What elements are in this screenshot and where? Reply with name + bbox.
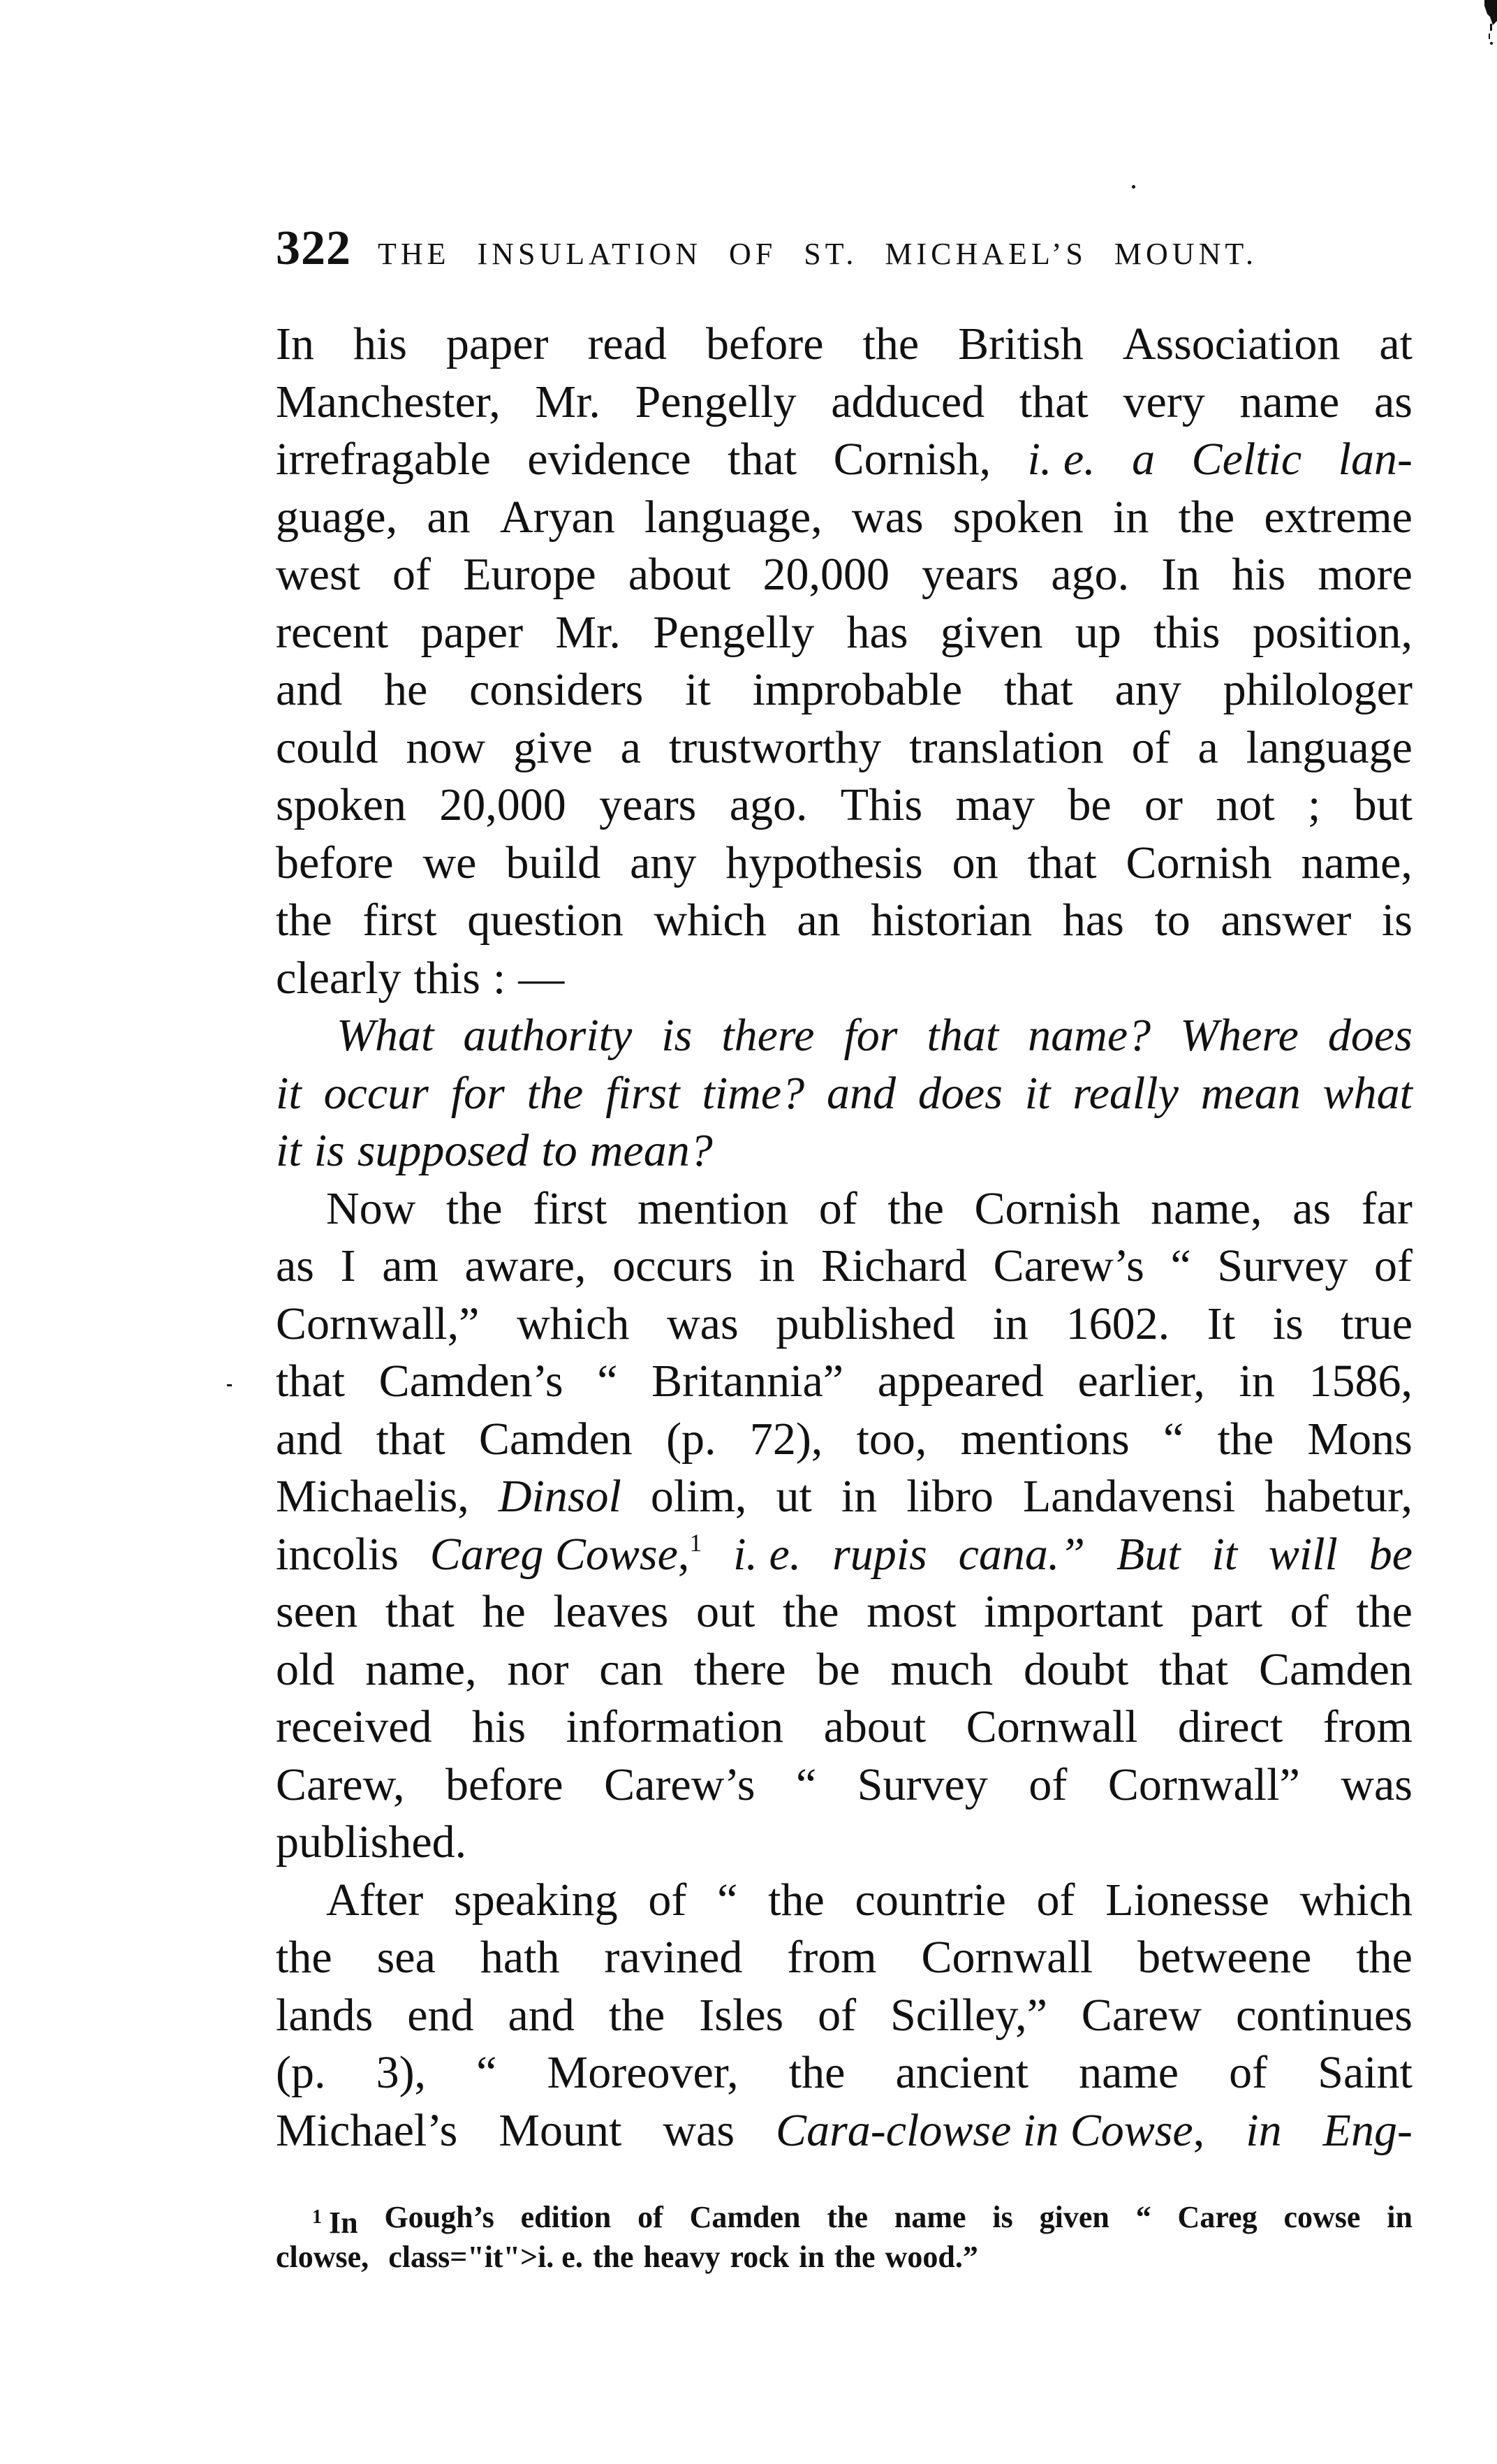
word: Cornwall — [922, 1929, 1093, 1987]
word: part — [1190, 1583, 1262, 1641]
word: Mount — [499, 2102, 621, 2160]
word: Cornish — [1126, 835, 1271, 893]
word: what — [1323, 1065, 1413, 1123]
word: 20,000 — [439, 777, 566, 835]
word: really — [1072, 1065, 1179, 1123]
word: was — [852, 489, 924, 547]
word: “ — [1136, 2197, 1151, 2237]
word: Cornish, — [834, 431, 991, 489]
text-line: NowthefirstmentionoftheCornishname,asfar — [276, 1180, 1413, 1238]
word: more — [1318, 546, 1413, 604]
text-line: clearlythis:— — [276, 950, 1413, 1008]
text-line: westofEuropeabout20,000yearsago.Inhismor… — [276, 546, 1413, 604]
word: mentions — [961, 1411, 1130, 1469]
word: his — [353, 316, 407, 374]
text-line: Michael’sMountwasCara-clowse in Cowse,in… — [276, 2102, 1413, 2160]
word: occurs — [612, 1238, 732, 1296]
word: will — [1269, 1526, 1338, 1584]
word: the — [862, 316, 919, 374]
word: years — [599, 777, 696, 835]
word: information — [566, 1699, 784, 1757]
word: has — [847, 604, 908, 662]
text-line: asIamaware,occursinRichardCarew’s“Survey… — [276, 1238, 1413, 1296]
text-line: spoken20,000yearsago.Thismaybeornot;but — [276, 777, 1413, 835]
word: out — [696, 1583, 755, 1641]
word: his — [1232, 546, 1285, 604]
word: can — [599, 1641, 663, 1699]
word: time? — [702, 1065, 804, 1123]
word: Scilley,” — [890, 1987, 1047, 2045]
word: name, — [365, 1641, 476, 1699]
word: lan- — [1339, 431, 1413, 489]
word: position, — [1253, 604, 1413, 662]
word: and — [276, 661, 342, 719]
word: rupis — [832, 1526, 927, 1584]
word: aware, — [464, 1238, 586, 1296]
word: countrie — [855, 1872, 1006, 1930]
text-line: receivedhisinformationaboutCornwalldirec… — [276, 1699, 1413, 1757]
word: Celtic — [1192, 431, 1302, 489]
word: continues — [1236, 1987, 1413, 2045]
word: as — [1374, 374, 1413, 432]
running-title: THE INSULATION OF ST. MICHAEL’S MOUNT. — [378, 236, 1258, 272]
word: in — [1113, 489, 1149, 547]
word: What — [337, 1007, 434, 1065]
word: Mr. — [535, 374, 600, 432]
running-header: 322 THE INSULATION OF ST. MICHAEL’S MOUN… — [276, 221, 1309, 270]
word: ; — [1308, 777, 1320, 835]
word: historian — [871, 892, 1032, 950]
word: the — [527, 1065, 584, 1123]
word: the — [609, 1987, 665, 2045]
text-line: recentpaperMr.Pengellyhasgivenupthisposi… — [276, 604, 1413, 662]
text-line: incolisCareg Cowse,1i. e.rupiscana.”Buti… — [276, 1526, 1413, 1584]
word: Cornwall” — [1108, 1757, 1300, 1814]
word: received — [276, 1699, 432, 1757]
word: edition — [521, 2197, 612, 2237]
word: Now — [326, 1180, 415, 1238]
word: clearly — [276, 950, 401, 1008]
word: the — [593, 2237, 634, 2277]
word: Cornwall — [966, 1699, 1138, 1757]
word: it — [276, 1122, 302, 1180]
word: extreme — [1264, 489, 1413, 547]
word: clowse, — [276, 2237, 369, 2277]
word: published — [776, 1296, 955, 1354]
word: before — [276, 835, 394, 893]
word: may — [955, 777, 1035, 835]
footnote-line: 1InGough’seditionofCamdenthenameisgiven“… — [276, 2197, 1413, 2237]
page-number: 322 — [276, 221, 351, 277]
word: Cara-clowse in Cowse, — [776, 2102, 1204, 2160]
word: considers — [469, 661, 643, 719]
margin-dash — [227, 1384, 232, 1386]
word: libro — [906, 1468, 994, 1526]
word: was — [663, 2102, 735, 2160]
text-line: irrefragableevidencethatCornish,i. e.aCe… — [276, 431, 1413, 489]
word: end — [407, 1987, 473, 2045]
word: “ — [796, 1757, 816, 1814]
book-page: 322 THE INSULATION OF ST. MICHAEL’S MOUN… — [0, 0, 1497, 2464]
word: 1586, — [1309, 1353, 1413, 1411]
word: first — [533, 1180, 607, 1238]
text-line: oldname,norcantherebemuchdoubtthatCamden — [276, 1641, 1413, 1699]
word: it — [1211, 1526, 1237, 1584]
word: Camden — [1259, 1641, 1413, 1699]
word: that — [276, 1353, 345, 1411]
word: he — [482, 1583, 526, 1641]
word: west — [276, 546, 360, 604]
word: that — [728, 431, 797, 489]
text-line: guage,anAryanlanguage,wasspokenintheextr… — [276, 489, 1413, 547]
word: am — [382, 1238, 438, 1296]
word: as — [276, 1238, 314, 1296]
word: given — [941, 604, 1043, 662]
text-line: couldnowgiveatrustworthytranslationofala… — [276, 719, 1413, 777]
word: improbable — [753, 661, 963, 719]
word: mean — [1201, 1065, 1301, 1123]
word: of — [1037, 1872, 1075, 1930]
word: Pengelly — [653, 604, 814, 662]
word: it — [276, 1065, 302, 1123]
word: In — [276, 316, 314, 374]
text-line: andthatCamden(p.72),too,mentions“theMons — [276, 1411, 1413, 1469]
word: the — [446, 1180, 503, 1238]
word: recent — [276, 604, 388, 662]
word: be — [1068, 777, 1111, 835]
text-line: (p.3),“Moreover,theancientnameofSaint — [276, 2044, 1413, 2102]
word: Cornwall,” — [276, 1296, 479, 1354]
word: Richard — [821, 1238, 967, 1296]
word: Careg Cowse,1 — [430, 1526, 702, 1584]
word: and — [276, 1411, 342, 1469]
word: his — [472, 1699, 526, 1757]
word: question — [467, 892, 624, 950]
word: Carew’s — [604, 1757, 755, 1814]
word: true — [1341, 1296, 1413, 1354]
word: any — [1115, 661, 1181, 719]
word: Mons — [1308, 1411, 1413, 1469]
text-line: InhispaperreadbeforetheBritishAssociatio… — [276, 316, 1413, 374]
word: name? — [1028, 1007, 1151, 1065]
print-speck — [1132, 185, 1135, 189]
word: that — [385, 1583, 455, 1641]
word: the — [1356, 1929, 1413, 1987]
word: British — [958, 316, 1084, 374]
word: name — [1079, 2044, 1179, 2102]
word: Isles — [699, 1987, 783, 2045]
word: i. e. — [1028, 431, 1096, 489]
word: he — [384, 661, 427, 719]
word: “ — [476, 2044, 496, 2102]
word: about — [628, 546, 731, 604]
word: “ — [597, 1353, 617, 1411]
word: Britannia” — [651, 1353, 843, 1411]
word: of — [819, 1180, 857, 1238]
word: or — [1144, 777, 1183, 835]
word: It — [1207, 1296, 1235, 1354]
word: (p. — [666, 1411, 716, 1469]
word: mean? — [590, 1122, 713, 1180]
word: 1602. — [1066, 1296, 1170, 1354]
word: Lionesse — [1105, 1872, 1269, 1930]
word: lands — [276, 1987, 373, 2045]
word: earlier, — [1078, 1353, 1205, 1411]
word: at — [1379, 316, 1413, 374]
word: any — [630, 835, 696, 893]
word: answer — [1221, 892, 1351, 950]
text-line: thefirstquestionwhichanhistorianhastoans… — [276, 892, 1413, 950]
word: In — [1161, 546, 1200, 604]
word: ancient — [895, 2044, 1028, 2102]
word: there — [721, 1007, 814, 1065]
word: name — [1239, 374, 1339, 432]
text-line: beforewebuildanyhypothesisonthatCornishn… — [276, 835, 1413, 893]
word: the — [834, 2237, 876, 2277]
word: sea — [377, 1929, 436, 1987]
text-line: seenthatheleavesoutthemostimportantparto… — [276, 1583, 1413, 1641]
word: and — [508, 1987, 574, 2045]
word: ravined — [604, 1929, 742, 1987]
word: Aryan — [500, 489, 615, 547]
word: to — [541, 1122, 577, 1180]
word: ago. — [1051, 546, 1129, 604]
word: : — [493, 950, 506, 1008]
word: spoken — [953, 489, 1084, 547]
word: authority — [463, 1007, 632, 1065]
word: is — [314, 1122, 345, 1180]
word: Survey — [857, 1757, 988, 1814]
word: that — [1159, 1641, 1228, 1699]
word: which — [654, 892, 766, 950]
word: this — [414, 950, 480, 1008]
word: of — [1229, 2044, 1267, 2102]
word: I — [341, 1238, 356, 1296]
word: 72), — [750, 1411, 823, 1469]
word: appeared — [878, 1353, 1044, 1411]
word: cowse — [1283, 2197, 1360, 2237]
word: of — [648, 1872, 686, 1930]
scan-artifact-icon — [1469, 0, 1497, 56]
word: before — [706, 316, 824, 374]
word: of — [818, 1987, 856, 2045]
word: hypothesis — [725, 835, 922, 893]
word: of — [1290, 1583, 1329, 1641]
word: a — [1132, 431, 1155, 489]
word: for — [843, 1007, 897, 1065]
word: cana.” — [959, 1526, 1086, 1584]
word: Gough’s — [384, 2197, 494, 2237]
word: i. e. — [733, 1526, 801, 1584]
text-line: Whatauthorityisthereforthatname?Wheredoe… — [276, 1007, 1413, 1065]
word: Survey — [1217, 1238, 1348, 1296]
word: “ — [1170, 1238, 1190, 1296]
word: Moreover, — [547, 2044, 739, 2102]
word: far — [1362, 1180, 1413, 1238]
word: incolis — [276, 1526, 399, 1584]
word: the — [276, 1929, 332, 1987]
word: doubt — [1024, 1641, 1128, 1699]
text-line: published. — [276, 1814, 1413, 1872]
word: language — [1246, 719, 1413, 777]
word: be — [1369, 1526, 1413, 1584]
word: an — [797, 892, 840, 950]
word: 3), — [376, 2044, 426, 2102]
word: that — [1019, 374, 1089, 432]
word: is — [1382, 892, 1413, 950]
word: 20,000 — [762, 546, 890, 604]
word: from — [1323, 1699, 1413, 1757]
word: about — [824, 1699, 927, 1757]
word: name, — [1301, 835, 1412, 893]
word: paper — [446, 316, 549, 374]
word: hath — [480, 1929, 560, 1987]
word: nor — [507, 1641, 568, 1699]
word: the — [789, 2044, 846, 2102]
word: which — [517, 1296, 629, 1354]
word: the — [887, 1180, 944, 1238]
word: in — [799, 2237, 825, 2277]
word: not — [1216, 777, 1274, 835]
word: of — [392, 546, 431, 604]
word: most — [867, 1583, 956, 1641]
word: ago. — [730, 777, 808, 835]
word: Landavensi — [1023, 1468, 1235, 1526]
word: there — [694, 1641, 786, 1699]
word: that — [376, 1411, 445, 1469]
word: a — [621, 719, 641, 777]
word: wood.” — [885, 2237, 978, 2277]
word: habetur, — [1264, 1468, 1413, 1526]
word: Michaelis, — [276, 1468, 469, 1526]
word: adduced — [831, 374, 985, 432]
word: of — [637, 2197, 663, 2237]
word: first — [605, 1065, 679, 1123]
word: speaking — [454, 1872, 618, 1930]
word: is — [661, 1007, 692, 1065]
word: the — [768, 1872, 825, 1930]
word: This — [841, 777, 922, 835]
word: in — [759, 1238, 795, 1296]
word: does — [1328, 1007, 1413, 1065]
text-line: theseahathravinedfromCornwallbetweenethe — [276, 1929, 1413, 1987]
word: has — [1063, 892, 1124, 950]
word: Carew, — [276, 1757, 404, 1814]
word: evidence — [527, 431, 691, 489]
word: of — [1132, 719, 1170, 777]
word: given — [1040, 2197, 1109, 2237]
word: old — [276, 1641, 334, 1699]
word: this — [1153, 604, 1220, 662]
word: very — [1123, 374, 1204, 432]
word: Association — [1123, 316, 1341, 374]
word: Carew’s — [994, 1238, 1144, 1296]
word: Manchester, — [276, 374, 501, 432]
word: heavy — [643, 2237, 720, 2277]
text-line: itoccurforthefirsttime?anddoesitreallyme… — [276, 1065, 1413, 1123]
word: the — [783, 1583, 839, 1641]
word: Camden — [479, 1411, 633, 1469]
word: paper — [421, 604, 524, 662]
word: the — [1218, 1411, 1274, 1469]
word: the — [1356, 1583, 1413, 1641]
text-line: Carew,beforeCarew’s“SurveyofCornwall”was — [276, 1757, 1413, 1814]
word: is — [1273, 1296, 1304, 1354]
word: from — [787, 1929, 876, 1987]
word: give — [513, 719, 593, 777]
word: that — [927, 1007, 998, 1065]
text-line: itissupposedtomean? — [276, 1122, 1413, 1180]
text-line: thatCamden’s“Britannia”appearedearlier,i… — [276, 1353, 1413, 1411]
word: that — [1004, 661, 1073, 719]
word: olim, — [651, 1468, 747, 1526]
word: occur — [324, 1065, 429, 1123]
word: trustworthy — [669, 719, 881, 777]
text-line: landsendandtheIslesofScilley,”Carewconti… — [276, 1987, 1413, 2045]
word: in — [1246, 2102, 1281, 2160]
word: seen — [276, 1583, 357, 1641]
word: Dinsol — [499, 1468, 621, 1526]
word: up — [1075, 604, 1121, 662]
word: mention — [637, 1180, 788, 1238]
word: supposed — [357, 1122, 529, 1180]
word: before — [445, 1757, 563, 1814]
word: important — [984, 1583, 1163, 1641]
word: — — [518, 950, 564, 1008]
word: that — [1028, 835, 1097, 893]
word: translation — [909, 719, 1104, 777]
word: Cornish — [975, 1180, 1121, 1238]
word: first — [362, 892, 436, 950]
footnote: 1InGough’seditionofCamdenthenameisgiven“… — [276, 2197, 1413, 2277]
word: Camden’s — [379, 1353, 563, 1411]
word: But — [1116, 1526, 1181, 1584]
word: Where — [1180, 1007, 1299, 1065]
word: betweene — [1137, 1929, 1311, 1987]
text-line: Cornwall,”whichwaspublishedin1602.Itistr… — [276, 1296, 1413, 1354]
word: Carew — [1082, 1987, 1202, 2045]
word: could — [276, 719, 378, 777]
word: Careg — [1178, 2197, 1258, 2237]
word: the — [276, 892, 332, 950]
word: published. — [276, 1814, 466, 1872]
word: spoken — [276, 777, 406, 835]
text-line: Afterspeakingof“thecountrieofLionessewhi… — [276, 1872, 1413, 1930]
word: Michael’s — [276, 2102, 457, 2160]
word: name — [894, 2197, 966, 2237]
word: in — [1239, 1353, 1275, 1411]
word: of — [1374, 1238, 1413, 1296]
word: class="it">i. e. — [388, 2237, 583, 2277]
word: ut — [776, 1468, 811, 1526]
word: the — [1179, 489, 1235, 547]
word: leaves — [553, 1583, 668, 1641]
word: in — [993, 1296, 1028, 1354]
body-text: InhispaperreadbeforetheBritishAssociatio… — [276, 316, 1413, 2159]
word: does — [918, 1065, 1003, 1123]
footnote-marker: 1 — [312, 2206, 322, 2228]
word: is — [992, 2197, 1012, 2237]
word: a — [1198, 719, 1218, 777]
word: Pengelly — [635, 374, 797, 432]
word: Eng- — [1323, 2102, 1413, 2160]
text-line: Michaelis,Dinsololim,utinlibroLandavensi… — [276, 1468, 1413, 1526]
word: to — [1154, 892, 1190, 950]
word: years — [922, 546, 1019, 604]
word: Saint — [1318, 2044, 1413, 2102]
word: the — [827, 2197, 868, 2237]
word: Europe — [463, 546, 596, 604]
